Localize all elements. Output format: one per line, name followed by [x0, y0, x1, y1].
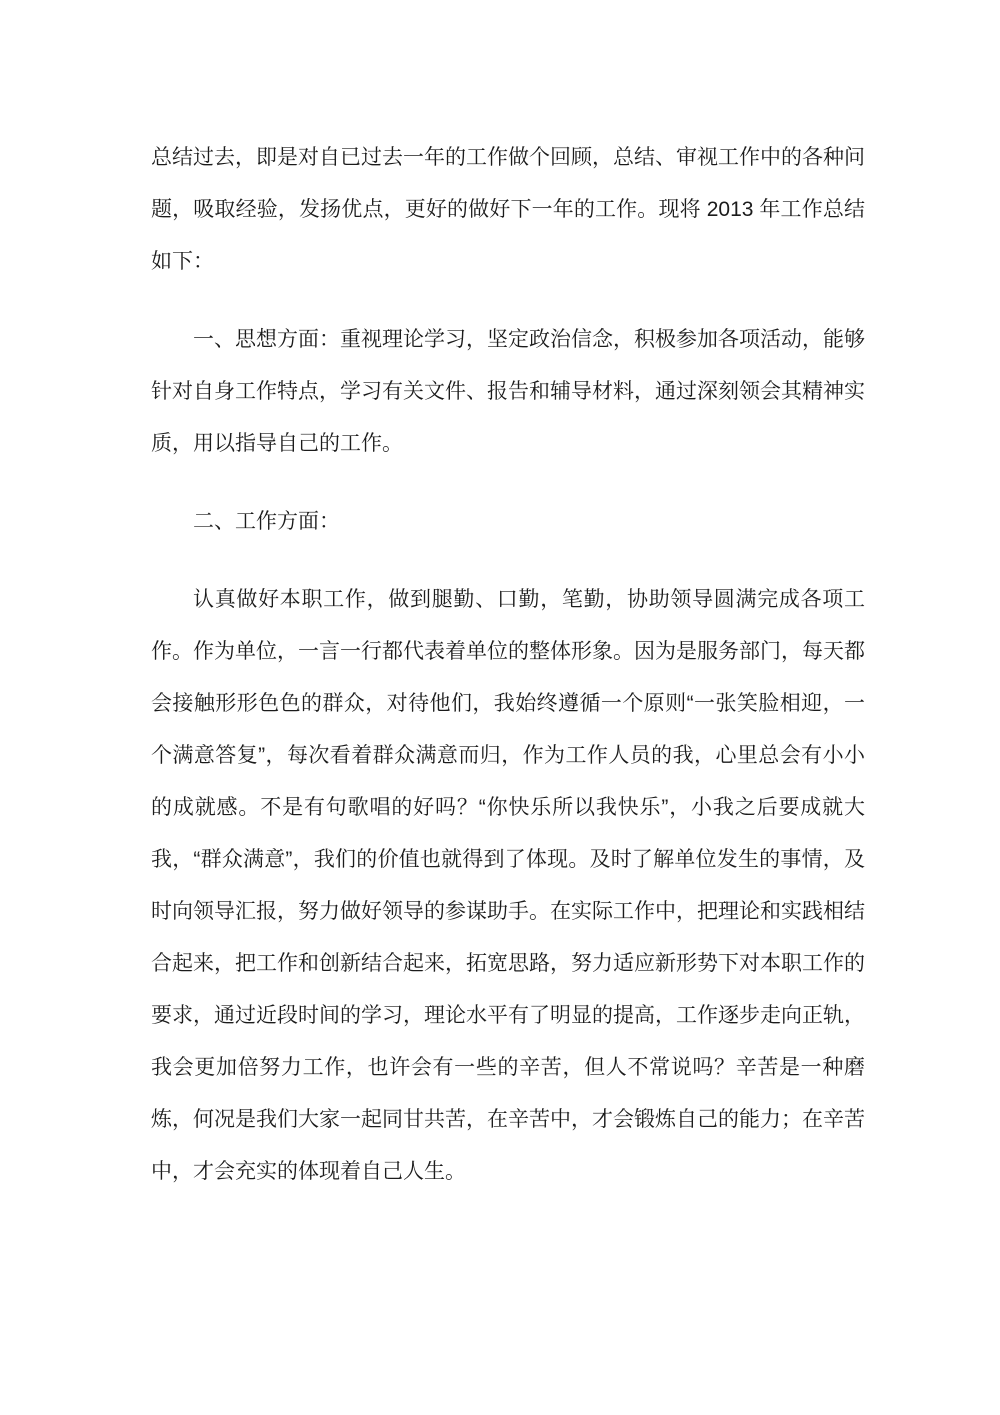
paragraph-section-2-work: 认真做好本职工作，做到腿勤、口勤，笔勤，协助领导圆满完成各项工作。作为单位，一言… [151, 574, 865, 1198]
paragraph-intro: 总结过去，即是对自已过去一年的工作做个回顾，总结、审视工作中的各种问题，吸取经验… [151, 132, 865, 288]
paragraph-section-1-thought: 一、思想方面：重视理论学习，坚定政治信念，积极参加各项活动，能够针对自身工作特点… [151, 314, 865, 470]
document-page: 总结过去，即是对自已过去一年的工作做个回顾，总结、审视工作中的各种问题，吸取经验… [0, 0, 1000, 1415]
document-body: 总结过去，即是对自已过去一年的工作做个回顾，总结、审视工作中的各种问题，吸取经验… [151, 132, 865, 1224]
paragraph-section-2-heading: 二、工作方面： [151, 496, 865, 548]
